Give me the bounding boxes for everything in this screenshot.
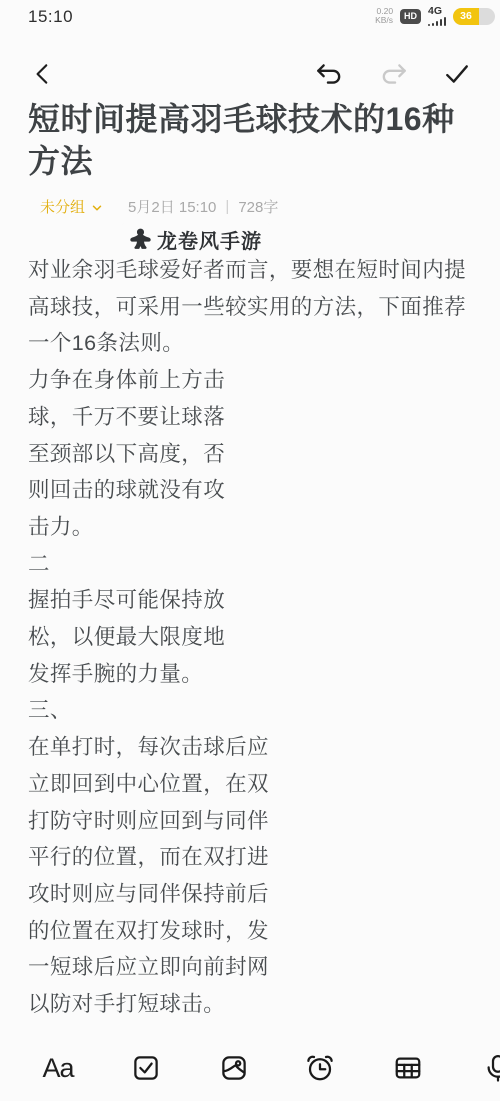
signal-bars-icon bbox=[428, 17, 446, 26]
note-meta: 未分组 5月2日 15:10 | 728字 bbox=[40, 196, 278, 217]
signal-icon: 4G bbox=[428, 6, 446, 26]
reminder-alarm-icon[interactable] bbox=[300, 1048, 340, 1088]
battery-icon: 36 bbox=[453, 8, 495, 25]
clock-time: 15:10 bbox=[28, 7, 73, 27]
word-count: 728字 bbox=[238, 196, 278, 217]
note-body[interactable]: 对业余羽毛球爱好者而言，要想在短时间内提 高球技，可采用一些较实用的方法，下面推… bbox=[28, 252, 494, 1023]
status-bar: 15:10 0.20 KB/s HD 4G 36 bbox=[0, 0, 500, 34]
undo-icon[interactable] bbox=[312, 57, 346, 91]
watermark-text: 龙卷风手游 bbox=[157, 225, 262, 254]
hd-icon: HD bbox=[400, 9, 421, 24]
back-icon[interactable] bbox=[26, 57, 60, 91]
voice-record-icon[interactable] bbox=[478, 1048, 500, 1088]
insert-image-icon[interactable] bbox=[214, 1048, 254, 1088]
note-title[interactable]: 短时间提高羽毛球技术的16种 方法 bbox=[28, 98, 480, 182]
group-selector[interactable]: 未分组 bbox=[40, 196, 85, 217]
battery-percent: 36 bbox=[460, 10, 472, 22]
network-type-label: 4G bbox=[428, 6, 442, 16]
network-speed: 0.20 KB/s bbox=[375, 7, 393, 25]
chevron-down-icon[interactable] bbox=[90, 201, 104, 215]
redo-icon[interactable] bbox=[377, 57, 411, 91]
todo-checkbox-icon[interactable] bbox=[126, 1048, 166, 1088]
note-date: 5月2日 15:10 bbox=[128, 196, 216, 217]
network-speed-unit: KB/s bbox=[375, 16, 393, 25]
note-editor-screen: 15:10 0.20 KB/s HD 4G 36 bbox=[0, 0, 500, 1101]
status-indicators: 0.20 KB/s HD 4G 36 bbox=[375, 6, 495, 26]
nav-bar bbox=[0, 50, 500, 96]
save-check-icon[interactable] bbox=[440, 57, 474, 91]
editor-toolbar: Aa bbox=[0, 1039, 500, 1101]
meta-divider: | bbox=[225, 198, 229, 215]
meeple-icon bbox=[128, 227, 153, 252]
battery-fill: 36 bbox=[453, 8, 479, 25]
insert-table-icon[interactable] bbox=[388, 1048, 428, 1088]
text-format-icon[interactable]: Aa bbox=[38, 1048, 78, 1088]
